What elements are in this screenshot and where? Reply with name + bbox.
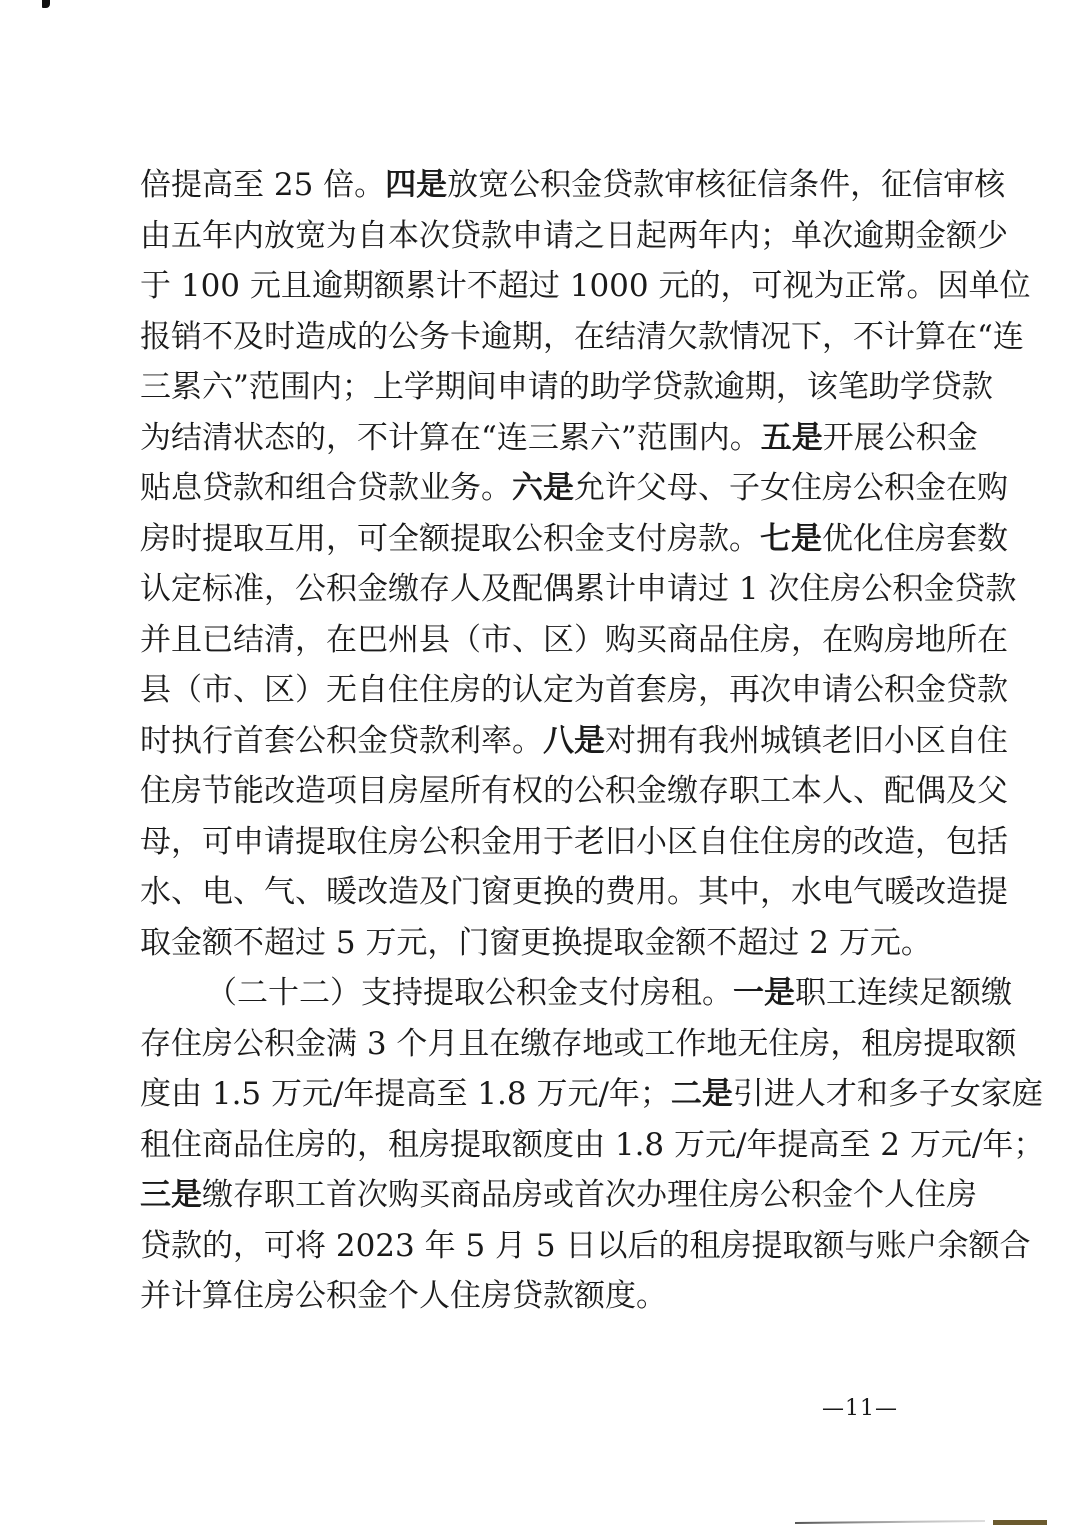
text-line: 贴息贷款和组合贷款业务。六是允许父母、子女住房公积金在购 xyxy=(140,463,890,514)
text-line: 水、电、气、暖改造及门窗更换的费用。其中，水电气暖改造提 xyxy=(140,867,890,918)
text-line: 租住商品住房的，租房提取额度由 1.8 万元/年提高至 2 万元/年； xyxy=(140,1120,890,1171)
section-heading-line: （二十二）支持提取公积金支付房租。一是职工连续足额缴 xyxy=(140,968,890,1019)
text-line: 三是缴存职工首次购买商品房或首次办理住房公积金个人住房 xyxy=(140,1170,890,1221)
document-body: 倍提高至 25 倍。四是放宽公积金贷款审核征信条件，征信审核 由五年内放宽为自本… xyxy=(140,160,890,1322)
text-line: 时执行首套公积金贷款利率。八是对拥有我州城镇老旧小区自住 xyxy=(140,716,890,767)
scan-corner-mark xyxy=(42,0,50,8)
text-line: 度由 1.5 万元/年提高至 1.8 万元/年；二是引进人才和多子女家庭 xyxy=(140,1069,890,1120)
text-line: 三累六”范围内；上学期间申请的助学贷款逾期，该笔助学贷款 xyxy=(140,362,890,413)
text-line: 并计算住房公积金个人住房贷款额度。 xyxy=(140,1271,890,1322)
scan-edge-line xyxy=(795,1520,985,1524)
text-line: 并且已结清，在巴州县（市、区）购买商品住房，在购房地所在 xyxy=(140,615,890,666)
text-line: 房时提取互用，可全额提取公积金支付房款。七是优化住房套数 xyxy=(140,514,890,565)
text-line: 为结清状态的，不计算在“连三累六”范围内。五是开展公积金 xyxy=(140,413,890,464)
text-line: 取金额不超过 5 万元，门窗更换提取金额不超过 2 万元。 xyxy=(140,918,890,969)
text-line: 贷款的，可将 2023 年 5 月 5 日以后的租房提取额与账户余额合 xyxy=(140,1221,890,1272)
paragraph-22: （二十二）支持提取公积金支付房租。一是职工连续足额缴 存住房公积金满 3 个月且… xyxy=(140,968,890,1322)
text-line: 由五年内放宽为自本次贷款申请之日起两年内；单次逾期金额少 xyxy=(140,211,890,262)
page-number: —11— xyxy=(822,1396,898,1421)
text-line: 存住房公积金满 3 个月且在缴存地或工作地无住房，租房提取额 xyxy=(140,1019,890,1070)
text-line: 报销不及时造成的公务卡逾期，在结清欠款情况下，不计算在“连 xyxy=(140,312,890,363)
paragraph-21-continuation: 倍提高至 25 倍。四是放宽公积金贷款审核征信条件，征信审核 由五年内放宽为自本… xyxy=(140,160,890,968)
text-line: 县（市、区）无自住住房的认定为首套房，再次申请公积金贷款 xyxy=(140,665,890,716)
text-line: 倍提高至 25 倍。四是放宽公积金贷款审核征信条件，征信审核 xyxy=(140,160,890,211)
text-line: 母，可申请提取住房公积金用于老旧小区自住住房的改造，包括 xyxy=(140,817,890,868)
scan-edge-mark xyxy=(993,1520,1047,1525)
text-line: 住房节能改造项目房屋所有权的公积金缴存职工本人、配偶及父 xyxy=(140,766,890,817)
text-line: 于 100 元且逾期额累计不超过 1000 元的，可视为正常。因单位 xyxy=(140,261,890,312)
text-line: 认定标准，公积金缴存人及配偶累计申请过 1 次住房公积金贷款 xyxy=(140,564,890,615)
